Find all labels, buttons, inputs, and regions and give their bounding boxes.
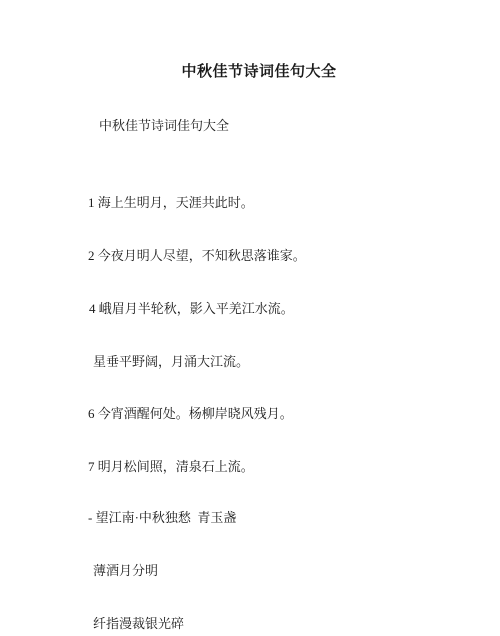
poem-line: 2 今夜月明人尽望，不知秋思落谁家。 [88, 247, 306, 265]
document-title: 中秋佳节诗词佳句大全 [0, 62, 500, 82]
document-page: 中秋佳节诗词佳句大全 中秋佳节诗词佳句大全 1 海上生明月，天涯共此时。 2 今… [0, 0, 500, 636]
poem-line: 纤指漫裁银光碎 [93, 615, 184, 633]
poem-line: - 望江南·中秋独愁 青玉盏 [88, 509, 236, 527]
poem-line: 6 今宵酒醒何处。杨柳岸晓风残月。 [88, 405, 293, 423]
document-subtitle: 中秋佳节诗词佳句大全 [99, 117, 229, 135]
poem-line: 薄酒月分明 [93, 562, 158, 580]
poem-line: 星垂平野阔，月涌大江流。 [93, 353, 249, 371]
poem-line: 1 海上生明月，天涯共此时。 [88, 194, 254, 212]
poem-line: 4 峨眉月半轮秋，影入平羌江水流。 [89, 300, 294, 318]
poem-line: 7 明月松间照，清泉石上流。 [88, 458, 254, 476]
